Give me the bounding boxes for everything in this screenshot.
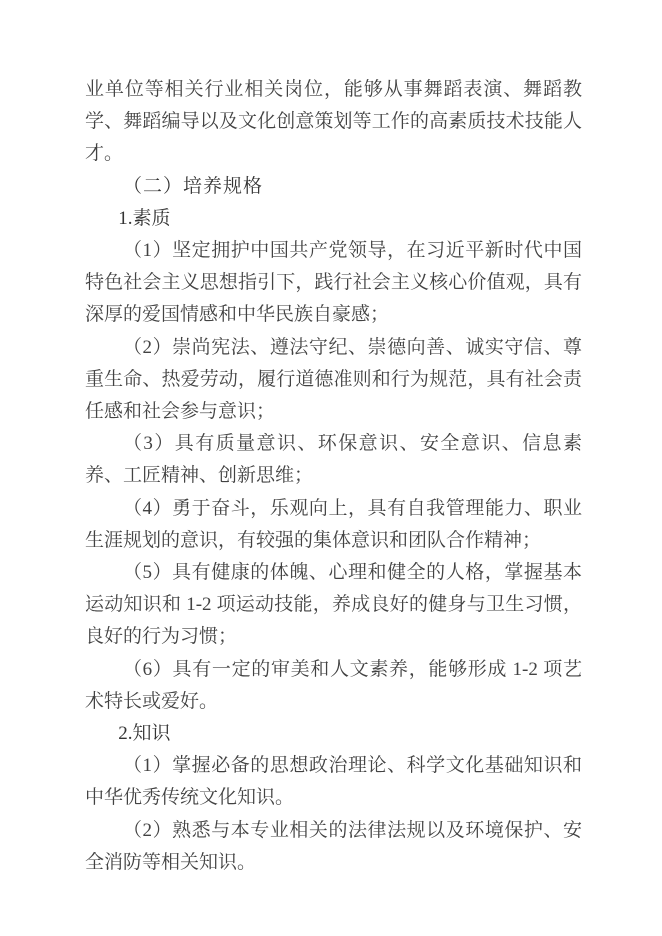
section-heading-training-specs: （二）培养规格 bbox=[85, 171, 582, 203]
knowledge-item-1: （1）掌握必备的思想政治理论、科学文化基础知识和中华优秀传统文化知识。 bbox=[85, 750, 582, 814]
quality-item-3: （3）具有质量意识、环保意识、安全意识、信息素养、工匠精神、创新思维； bbox=[85, 428, 582, 492]
quality-item-5: （5）具有健康的体魄、心理和健全的人格，掌握基本运动知识和 1-2 项运动技能，… bbox=[85, 557, 582, 654]
knowledge-item-2: （2）熟悉与本专业相关的法律法规以及环境保护、安全消防等相关知识。 bbox=[85, 815, 582, 879]
intro-paragraph: 业单位等相关行业相关岗位，能够从事舞蹈表演、舞蹈教学、舞蹈编导以及文化创意策划等… bbox=[85, 74, 582, 171]
quality-item-4: （4）勇于奋斗，乐观向上，具有自我管理能力、职业生涯规划的意识，有较强的集体意识… bbox=[85, 493, 582, 557]
subsection-heading-knowledge: 2.知识 bbox=[85, 718, 582, 750]
subsection-heading-quality: 1.素质 bbox=[85, 203, 582, 235]
document-page: 业单位等相关行业相关岗位，能够从事舞蹈表演、舞蹈教学、舞蹈编导以及文化创意策划等… bbox=[0, 0, 662, 936]
quality-item-2: （2）崇尚宪法、遵法守纪、崇德向善、诚实守信、尊重生命、热爱劳动，履行道德准则和… bbox=[85, 332, 582, 429]
quality-item-1: （1）坚定拥护中国共产党领导，在习近平新时代中国特色社会主义思想指引下，践行社会… bbox=[85, 235, 582, 332]
quality-item-6: （6）具有一定的审美和人文素养，能够形成 1-2 项艺术特长或爱好。 bbox=[85, 654, 582, 718]
